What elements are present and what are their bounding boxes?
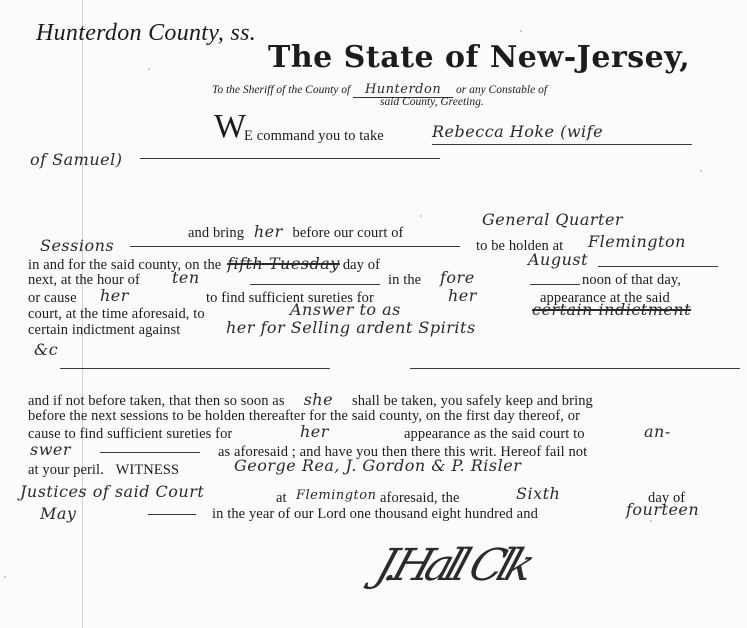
if-not-text-b: shall be taken, you safely keep and brin… — [352, 393, 593, 409]
witnesses-handwritten: George Rea, J. Gordon & P. Risler — [234, 456, 521, 475]
justices-handwritten: Justices of said Court — [20, 482, 204, 501]
writ-document: Hunterdon County, ss. The State of New-J… — [0, 0, 747, 628]
fill-line — [100, 452, 200, 453]
command-line: E command you to take — [244, 128, 384, 145]
if-not-line: and if not before taken, that then so so… — [28, 390, 593, 410]
answer2-handwritten-a: an- — [644, 422, 671, 441]
charge-cont-handwritten: &c — [34, 340, 58, 359]
aforesaid-the-text: aforesaid, the — [380, 490, 460, 507]
month-handwritten: August — [528, 250, 588, 269]
clerk-signature: J.Hall Clk — [370, 540, 536, 591]
command-text: command you to take — [257, 128, 384, 144]
answer-struck: certain indictment — [532, 300, 691, 319]
state-title: The State of New-Jersey, — [268, 40, 690, 75]
year-text: in the year of our Lord one thousand eig… — [212, 506, 538, 523]
we-initial: W — [214, 110, 246, 144]
paper-speck — [148, 68, 150, 70]
in-the-text: in the — [388, 272, 421, 289]
bring-line: and bring her before our court of — [188, 222, 403, 242]
fill-line — [530, 284, 580, 285]
at-text: at — [276, 490, 287, 507]
fill-line — [410, 368, 740, 369]
county-heading: Hunterdon County, ss. — [36, 20, 256, 47]
appearance-court-text: appearance as the said court to — [404, 426, 585, 443]
greeting: said County, Greeting. — [380, 96, 484, 108]
we-rest: E — [244, 128, 253, 144]
pronoun-her: her — [448, 286, 477, 305]
peril-text: at your peril. — [28, 462, 104, 478]
if-not-text-a: and if not before taken, that then so so… — [28, 393, 285, 409]
hour-handwritten: ten — [172, 268, 200, 287]
answer-handwritten: Answer to as — [290, 300, 401, 319]
fill-line — [130, 246, 460, 247]
fill-line — [598, 266, 718, 267]
fill-line — [60, 368, 330, 369]
defendant-handwritten-line1: Rebecca Hoke (wife — [432, 122, 603, 141]
day-handwritten-struck: fifth Tuesday — [227, 254, 337, 273]
pronoun-her: her — [300, 422, 329, 441]
day-of-text: day of — [343, 257, 380, 273]
defendant-handwritten-line2: of Samuel) — [30, 150, 122, 169]
paper-speck — [520, 30, 522, 32]
peril-line: at your peril. WITNESS — [28, 462, 179, 479]
month2-handwritten: May — [40, 504, 76, 523]
indictment-text: certain indictment against — [28, 322, 180, 339]
or-cause-text: or cause — [28, 290, 77, 307]
fill-line — [250, 284, 380, 285]
pronoun-her: her — [254, 222, 283, 241]
pronoun-her: her — [100, 286, 129, 305]
year-handwritten: fourteen — [626, 500, 699, 519]
paper-speck — [650, 520, 652, 522]
fore-handwritten: fore — [440, 268, 475, 287]
bring-text: and bring — [188, 225, 244, 241]
noon-text: noon of that day, — [582, 272, 681, 289]
court-handwritten-line2: Sessions — [40, 236, 114, 255]
fill-line — [148, 514, 196, 515]
day2-handwritten: Sixth — [516, 484, 560, 503]
court-handwritten-line1: General Quarter — [482, 210, 623, 229]
place-handwritten: Flemington — [588, 232, 686, 251]
charge-handwritten: her for Selling ardent Spirits — [226, 318, 476, 337]
before-court-text: before our court of — [292, 225, 403, 241]
pronoun-she: she — [288, 390, 348, 409]
address-suffix: or any Constable of — [456, 84, 547, 96]
paper-speck — [420, 215, 422, 217]
paper-speck — [700, 170, 702, 172]
place2-handwritten: Flemington — [296, 488, 376, 503]
answer2-handwritten-b: swer — [30, 440, 71, 459]
county-day-line: in and for the said county, on the fifth… — [28, 254, 380, 274]
court-time-text: court, at the time aforesaid, to — [28, 306, 205, 323]
fill-line — [140, 158, 440, 159]
address-prefix: To the Sheriff of the County of — [212, 84, 350, 96]
witness-label: WITNESS — [116, 462, 180, 478]
paper-speck — [4, 576, 6, 578]
fill-line — [432, 144, 692, 145]
